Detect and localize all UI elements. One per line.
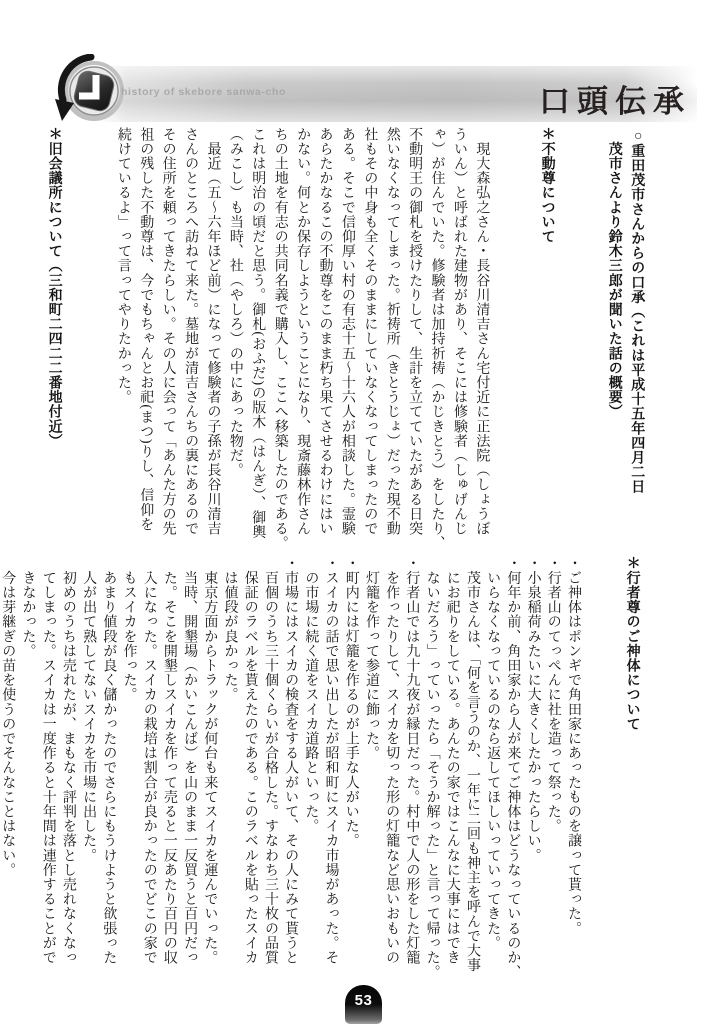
paragraph-gyojason: ・ご神体はポンギで角田家にあったものを譲って貰った。 ・行者山のてっぺんに社を造… xyxy=(0,556,583,1004)
header-subtitle: history of skebore sanwa-cho xyxy=(121,86,286,98)
document-page: history of skebore sanwa-cho 口頭伝承 ○重田茂市さ… xyxy=(0,0,724,1024)
section-gyojason: ＊行者尊のご神体について ・ご神体はポンギで角田家にあったものを譲って貰った。 … xyxy=(0,556,684,1004)
page-number: 53 xyxy=(355,992,373,1009)
page-title: 口頭伝承 xyxy=(539,76,691,121)
section-oral-tradition: ○重田茂市さんからの口承（これは平成十五年四月二日 茂市さんより鈴木三郎が聞いた… xyxy=(0,127,694,559)
clock-history-icon xyxy=(53,54,127,132)
heading-old-meeting-hall: ＊旧会議所について（三和町二四二二番地付近） xyxy=(44,127,66,559)
heading-fudoson: ＊不動尊について xyxy=(537,127,559,559)
intro-heading: ○重田茂市さんからの口承（これは平成十五年四月二日 茂市さんより鈴木三郎が聞いた… xyxy=(604,127,649,559)
page-number-badge: 53 xyxy=(345,985,382,1024)
paragraph-fudoson: 現大森弘之さん・長谷川清吉さん宅付近に正法院（しょうぼ ういん）と呼ばれた建物が… xyxy=(111,127,492,559)
heading-gyojason: ＊行者尊のご神体について xyxy=(623,556,643,1004)
